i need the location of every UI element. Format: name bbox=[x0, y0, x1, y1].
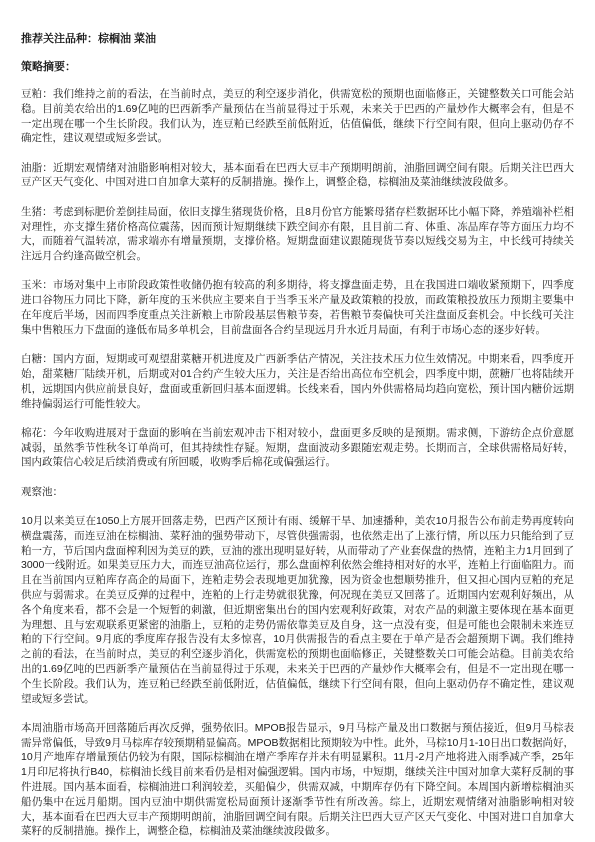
section-heading-strategy-summary: 策略摘要： bbox=[21, 60, 574, 75]
paragraph: 棉花：今年收购进展对于盘面的影响在当前宏观冲击下相对较小，盘面更多反映的是预期。… bbox=[21, 426, 574, 470]
section-heading-watchlist: 观察池： bbox=[21, 485, 574, 500]
paragraph: 玉米：市场对集中上市阶段政策性收储仍抱有较高的利多期待，将支撑盘面走势，且在我国… bbox=[21, 278, 574, 337]
strategy-summary-section: 豆粕：我们维持之前的看法，在当前时点，美豆的利空逐步消化，供需宽松的预期也面临修… bbox=[21, 87, 574, 470]
watchlist-section: 10月以来美豆在1050上方展开回落走势，巴西产区预计有雨、缓解干旱、加速播种，… bbox=[21, 514, 574, 839]
paragraph: 白糖：国内方面，短期或可观望甜菜糖开机进度及广西新季估产情况，关注技术压力位生效… bbox=[21, 352, 574, 411]
paragraph: 10月以来美豆在1050上方展开回落走势，巴西产区预计有雨、缓解干旱、加速播种，… bbox=[21, 514, 574, 706]
page-title: 推荐关注品种：棕榈油 菜油 bbox=[21, 32, 574, 47]
paragraph: 本周油脂市场高开回落随后再次反弹，强势依旧。MPOB报告显示，9月马棕产量及出口… bbox=[21, 721, 574, 839]
paragraph: 豆粕：我们维持之前的看法，在当前时点，美豆的利空逐步消化，供需宽松的预期也面临修… bbox=[21, 87, 574, 146]
paragraph: 油脂：近期宏观情绪对油脂影响相对较大，基本面看在巴西大豆丰产预期明朗前，油脂回调… bbox=[21, 161, 574, 191]
paragraph: 生猪：考虑到标肥价差倒挂局面，依旧支撑生猪现货价格，且8月份官方能繁母猪存栏数据… bbox=[21, 205, 574, 264]
document-page: 推荐关注品种：棕榈油 菜油 策略摘要： 豆粕：我们维持之前的看法，在当前时点，美… bbox=[0, 0, 595, 842]
